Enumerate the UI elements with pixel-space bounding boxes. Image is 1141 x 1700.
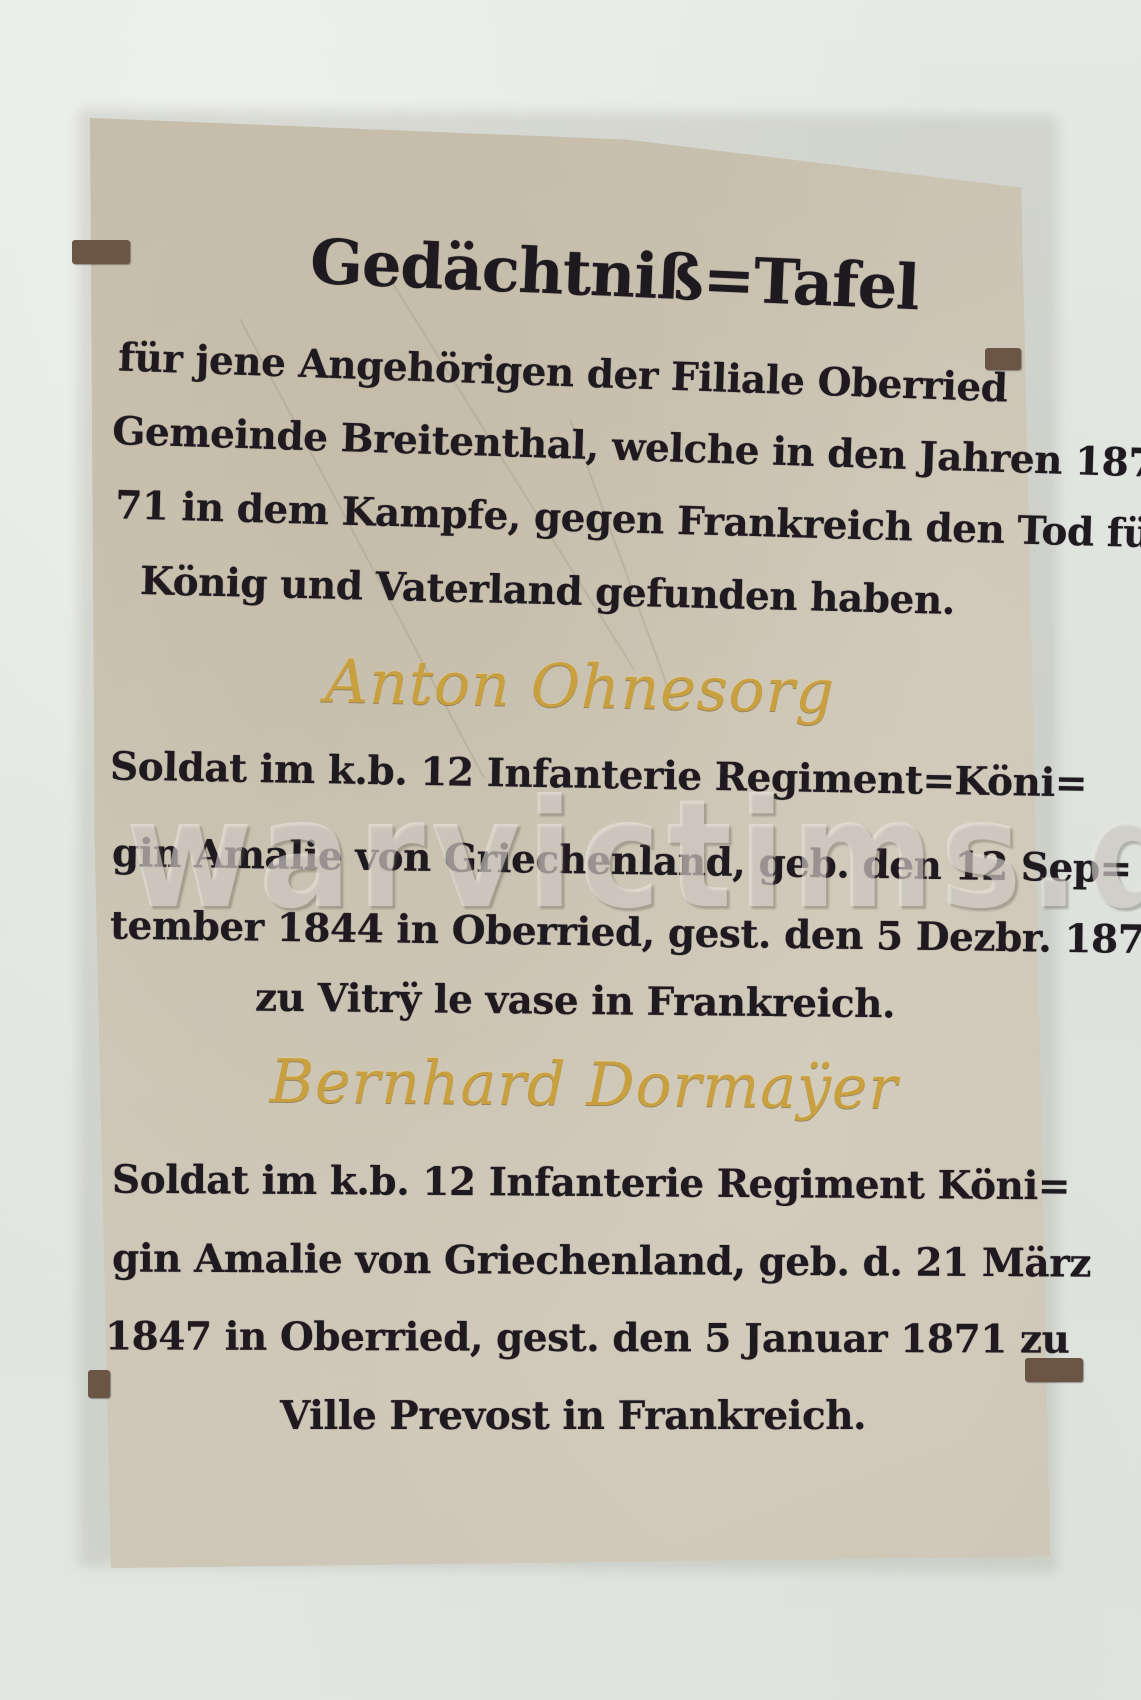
soldier-2-line-4: Ville Prevost in Frankreich. [280,1393,866,1439]
soldier-2-line-1: Soldat im k.b. 12 Infanterie Regiment Kö… [112,1157,1070,1210]
soldier-2-line-3: 1847 in Oberried, gest. den 5 Januar 187… [105,1313,1070,1362]
nail-top-left [72,240,130,264]
soldier-1-name: Anton Ohnesorg [324,647,835,728]
soldier-1-line-4: zu Vitrÿ le vase in Frankreich. [255,975,896,1028]
soldier-2-line-2: gin Amalie von Griechenland, geb. d. 21 … [112,1235,1091,1286]
nail-bottom-left [88,1370,110,1398]
soldier-2-name: Bernhard Dormaÿer [270,1047,899,1124]
